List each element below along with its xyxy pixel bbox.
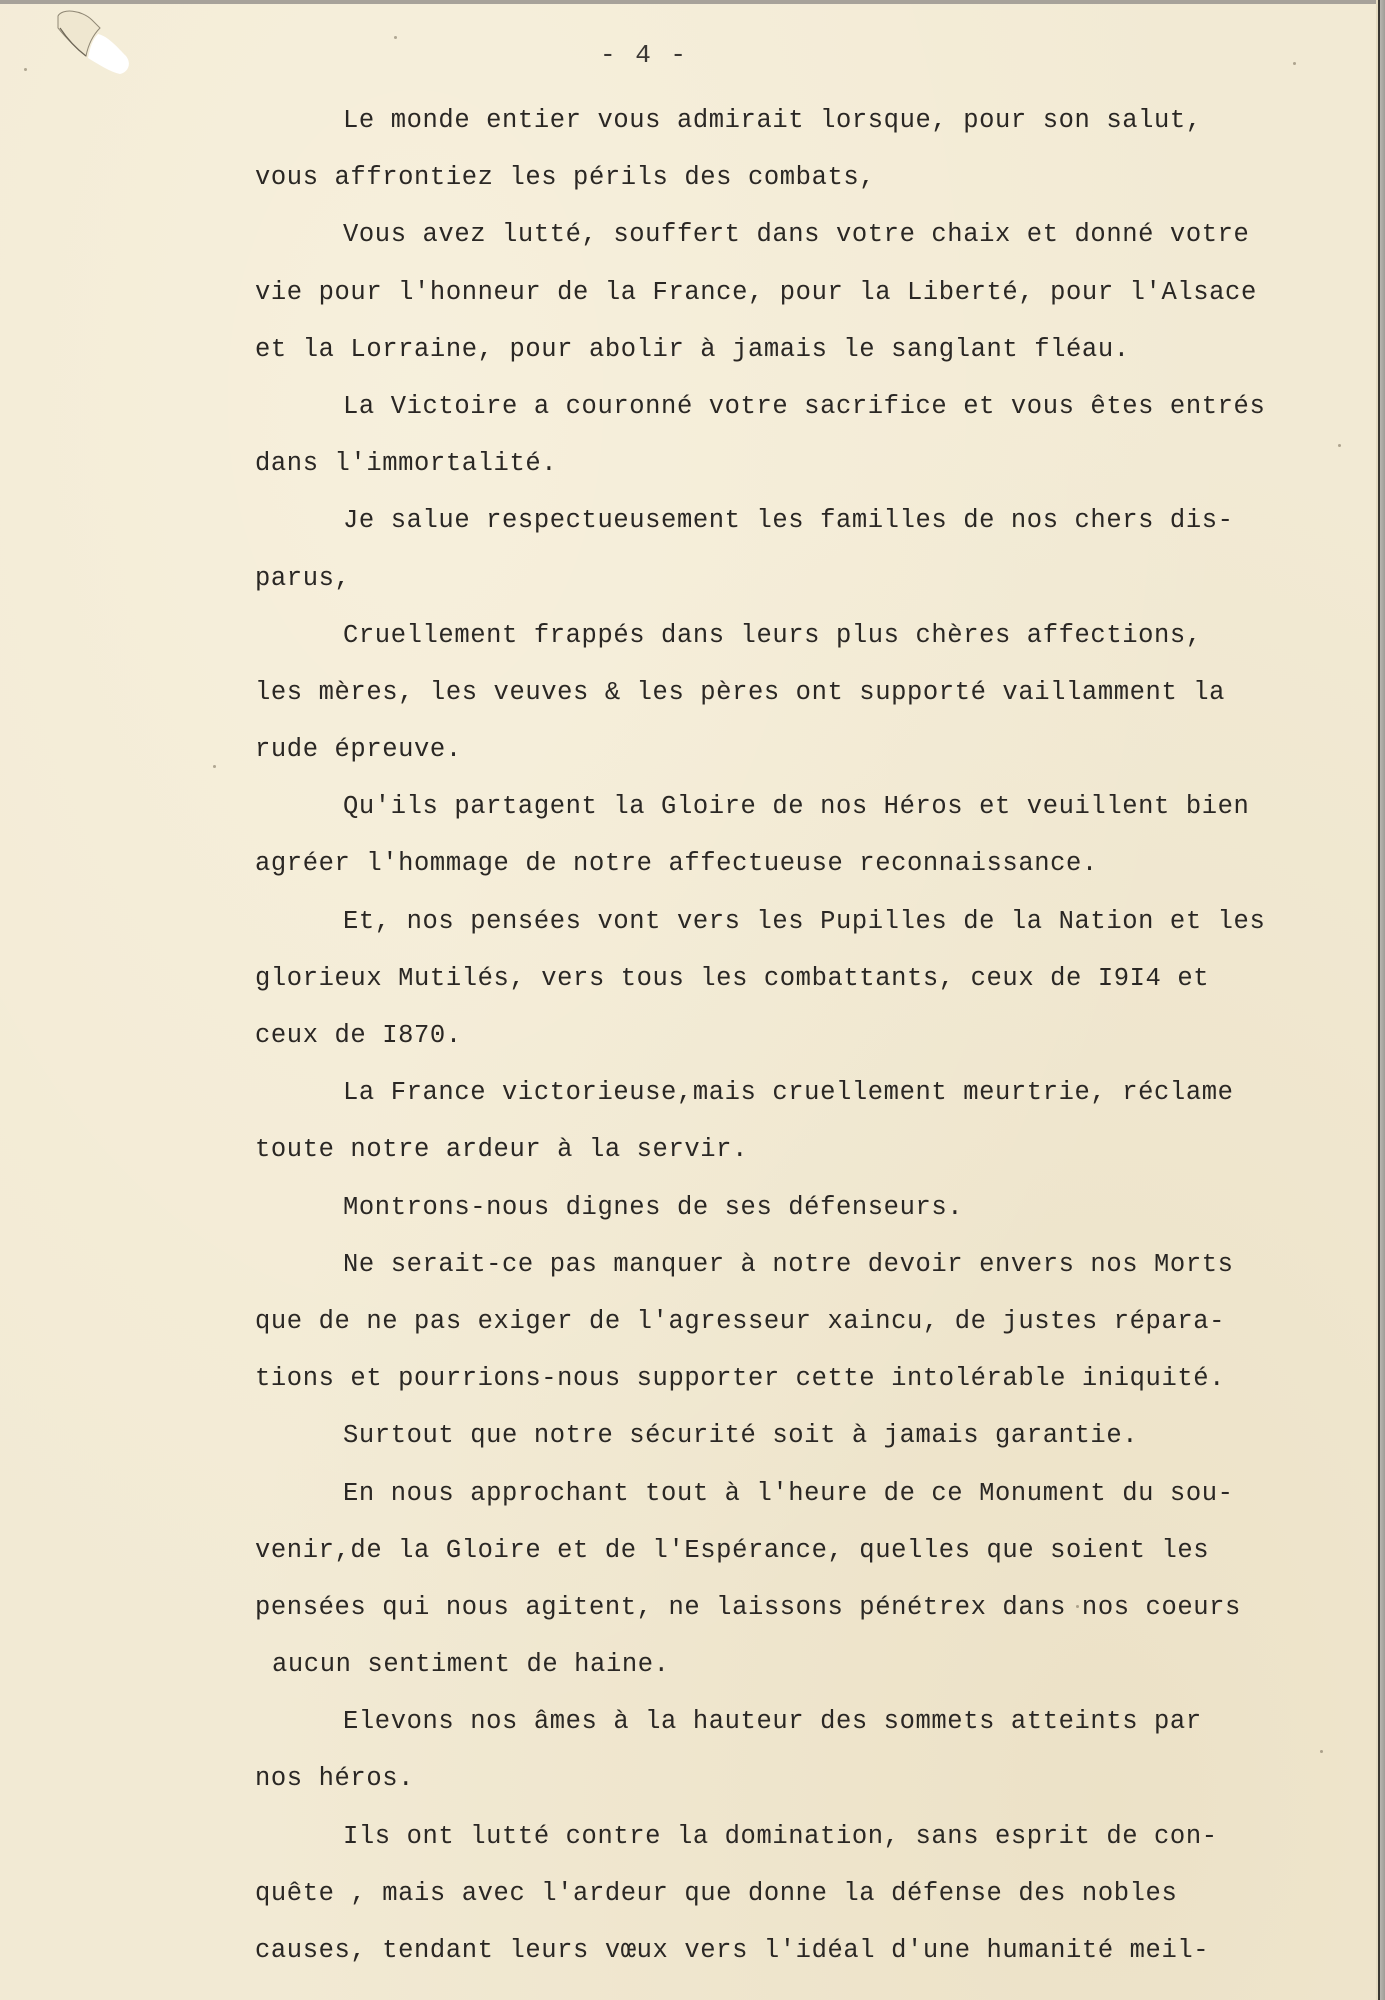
text-line: Elevons nos âmes à la hauteur des sommet…	[255, 1693, 1355, 1750]
paper-speck	[213, 765, 216, 768]
text-line: glorieux Mutilés, vers tous les combatta…	[255, 950, 1355, 1007]
text-line: toute notre ardeur à la servir.	[255, 1121, 1355, 1178]
scan-top-edge	[0, 0, 1385, 4]
text-line: ceux de I870.	[255, 1007, 1355, 1064]
text-line: causes, tendant leurs vœux vers l'idéal …	[255, 1922, 1355, 1979]
text-line: aucun sentiment de haine.	[255, 1636, 1355, 1693]
text-line: La France victorieuse,mais cruellement m…	[255, 1064, 1355, 1121]
paper-speck	[1293, 62, 1296, 65]
paper-speck	[24, 68, 27, 71]
text-line: Montrons-nous dignes de ses défenseurs.	[255, 1179, 1355, 1236]
text-line: dans l'immortalité.	[255, 435, 1355, 492]
text-line: agréer l'hommage de notre affectueuse re…	[255, 835, 1355, 892]
paper-tear-icon	[52, 6, 152, 86]
text-line: Surtout que notre sécurité soit à jamais…	[255, 1407, 1355, 1464]
text-line: tions et pourrions-nous supporter cette …	[255, 1350, 1355, 1407]
text-line: parus,	[255, 550, 1355, 607]
text-line: Vous avez lutté, souffert dans votre cha…	[255, 206, 1355, 263]
text-line: La Victoire a couronné votre sacrifice e…	[255, 378, 1355, 435]
text-line: les mères, les veuves & les pères ont su…	[255, 664, 1355, 721]
scan-right-border	[1376, 0, 1385, 2000]
text-line: Ne serait-ce pas manquer à notre devoir …	[255, 1236, 1355, 1293]
document-page: - 4 - Le monde entier vous admirait lors…	[0, 0, 1385, 2000]
text-line: nos héros.	[255, 1750, 1355, 1807]
text-line: Je salue respectueusement les familles d…	[255, 492, 1355, 549]
text-line: quête , mais avec l'ardeur que donne la …	[255, 1865, 1355, 1922]
text-line: Et, nos pensées vont vers les Pupilles d…	[255, 893, 1355, 950]
text-line: pensées qui nous agitent, ne laissons pé…	[255, 1579, 1355, 1636]
text-line: et la Lorraine, pour abolir à jamais le …	[255, 321, 1355, 378]
page-number: - 4 -	[600, 40, 688, 70]
text-line: Cruellement frappés dans leurs plus chèr…	[255, 607, 1355, 664]
text-line: rude épreuve.	[255, 721, 1355, 778]
text-line: Qu'ils partagent la Gloire de nos Héros …	[255, 778, 1355, 835]
text-line: Ils ont lutté contre la domination, sans…	[255, 1808, 1355, 1865]
text-line: vous affrontiez les périls des combats,	[255, 149, 1355, 206]
typewritten-body: Le monde entier vous admirait lorsque, p…	[255, 92, 1355, 1979]
text-line: que de ne pas exiger de l'agresseur xain…	[255, 1293, 1355, 1350]
text-line: vie pour l'honneur de la France, pour la…	[255, 264, 1355, 321]
text-line: Le monde entier vous admirait lorsque, p…	[255, 92, 1355, 149]
paper-speck	[394, 36, 397, 39]
text-line: En nous approchant tout à l'heure de ce …	[255, 1465, 1355, 1522]
text-line: venir,de la Gloire et de l'Espérance, qu…	[255, 1522, 1355, 1579]
